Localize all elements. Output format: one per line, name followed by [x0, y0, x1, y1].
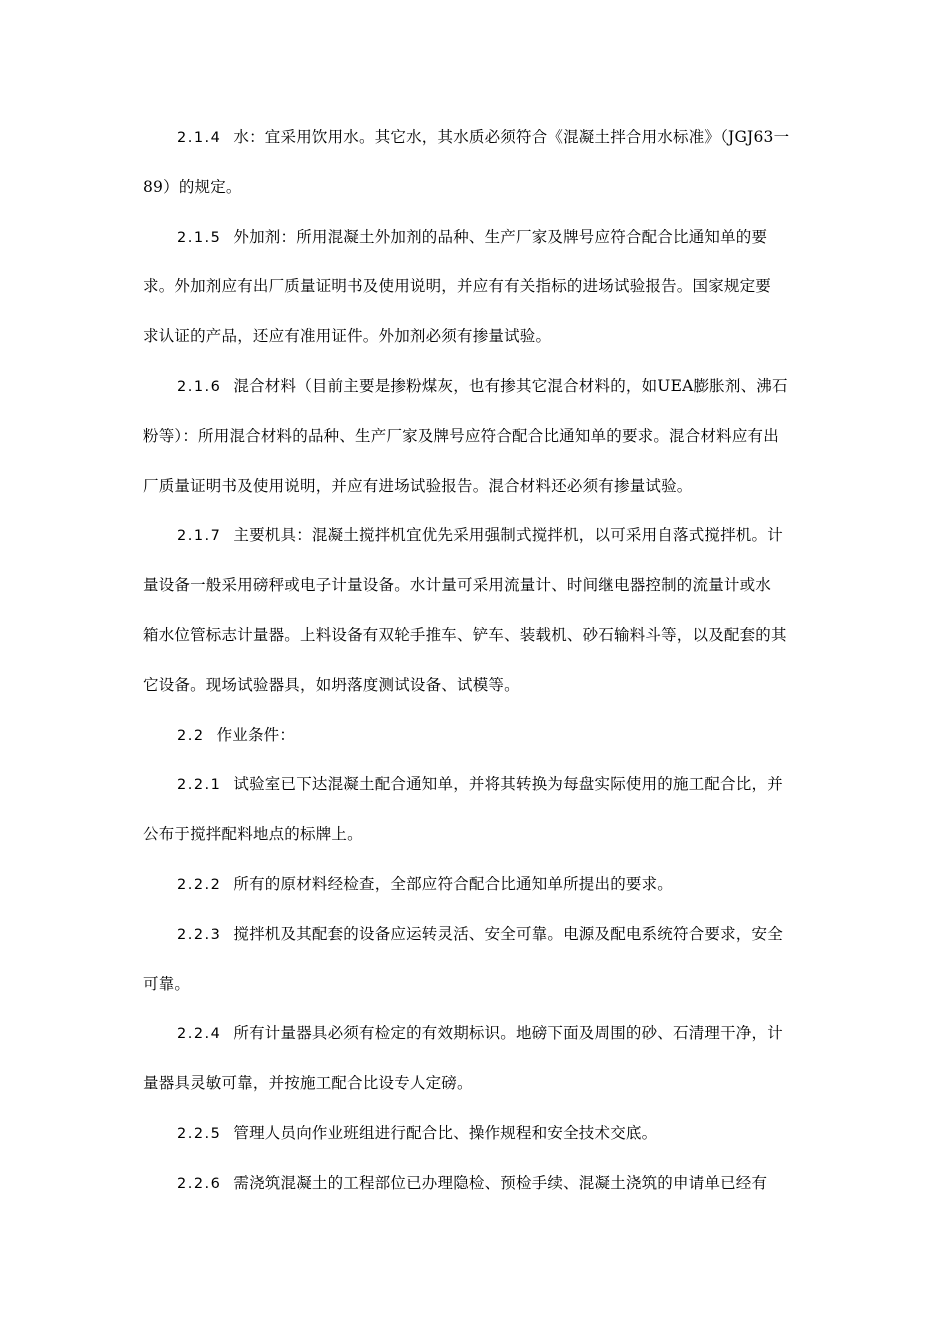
section-number: 2.2.1 — [177, 777, 221, 793]
paragraph-line: 2.2.3搅拌机及其配套的设备应运转灵活、安全可靠。电源及配电系统符合要求，安全 — [143, 921, 807, 971]
section-number: 2.1.4 — [177, 130, 221, 146]
paragraph-text: 量设备一般采用磅秤或电子计量设备。水计量可采用流量计、时间继电器控制的流量计或水 — [143, 576, 771, 594]
paragraph-2-1-5: 2.1.5外加剂：所用混凝土外加剂的品种、生产厂家及牌号应符合配合比通知单的要 … — [143, 224, 807, 373]
paragraph-text: 管理人员向作业班组进行配合比、操作规程和安全技术交底。 — [233, 1124, 657, 1142]
paragraph-text: 所有的原材料经检查，全部应符合配合比通知单所提出的要求。 — [233, 875, 673, 893]
section-title: 作业条件： — [217, 726, 296, 744]
section-number: 2.2 — [177, 728, 205, 744]
section-number: 2.2.3 — [177, 927, 221, 943]
paragraph-2-2-3: 2.2.3搅拌机及其配套的设备应运转灵活、安全可靠。电源及配电系统符合要求，安全… — [143, 921, 807, 1021]
paragraph-text: 搅拌机及其配套的设备应运转灵活、安全可靠。电源及配电系统符合要求，安全 — [233, 925, 783, 943]
paragraph-2-2-2: 2.2.2所有的原材料经检查，全部应符合配合比通知单所提出的要求。 — [143, 871, 807, 921]
paragraph-2-1-6: 2.1.6混合材料（目前主要是掺粉煤灰，也有掺其它混合材料的，如UEA膨胀剂、沸… — [143, 373, 807, 522]
paragraph-text: 所有计量器具必须有检定的有效期标识。地磅下面及周围的砂、石清理干净，计 — [233, 1024, 783, 1042]
paragraph-text: 需浇筑混凝土的工程部位已办理隐检、预检手续、混凝土浇筑的申请单已经有 — [233, 1174, 767, 1192]
paragraph-line: 量器具灵敏可靠，并按施工配合比设专人定磅。 — [143, 1070, 807, 1120]
section-number: 2.1.7 — [177, 528, 221, 544]
section-number: 2.2.5 — [177, 1126, 221, 1142]
paragraph-text: 混合材料（目前主要是掺粉煤灰，也有掺其它混合材料的，如UEA膨胀剂、沸石 — [233, 377, 787, 395]
paragraph-line: 2.2.2所有的原材料经检查，全部应符合配合比通知单所提出的要求。 — [143, 871, 807, 921]
paragraph-line: 可靠。 — [143, 971, 807, 1021]
paragraph-line: 公布于搅拌配料地点的标牌上。 — [143, 821, 807, 871]
paragraph-line: 2.2.4所有计量器具必须有检定的有效期标识。地磅下面及周围的砂、石清理干净，计 — [143, 1020, 807, 1070]
paragraph-text: 89）的规定。 — [143, 178, 242, 196]
paragraph-line: 2.2.6需浇筑混凝土的工程部位已办理隐检、预检手续、混凝土浇筑的申请单已经有 — [143, 1170, 807, 1220]
paragraph-2-1-7: 2.1.7主要机具：混凝土搅拌机宜优先采用强制式搅拌机，以可采用自落式搅拌机。计… — [143, 522, 807, 721]
section-number: 2.2.4 — [177, 1026, 221, 1042]
paragraph-text: 外加剂：所用混凝土外加剂的品种、生产厂家及牌号应符合配合比通知单的要 — [233, 228, 767, 246]
paragraph-line: 求认证的产品，还应有准用证件。外加剂必须有掺量试验。 — [143, 323, 807, 373]
paragraph-text: 箱水位管标志计量器。上料设备有双轮手推车、铲车、装载机、砂石输料斗等，以及配套的… — [143, 626, 787, 644]
paragraph-line: 它设备。现场试验器具，如坍落度测试设备、试模等。 — [143, 672, 807, 722]
paragraph-2-2-5: 2.2.5管理人员向作业班组进行配合比、操作规程和安全技术交底。 — [143, 1120, 807, 1170]
paragraph-text: 试验室已下达混凝土配合通知单，并将其转换为每盘实际使用的施工配合比，并 — [233, 775, 783, 793]
paragraph-text: 粉等）：所用混合材料的品种、生产厂家及牌号应符合配合比通知单的要求。混合材料应有… — [143, 427, 779, 445]
section-number: 2.2.6 — [177, 1176, 221, 1192]
paragraph-text: 主要机具：混凝土搅拌机宜优先采用强制式搅拌机，以可采用自落式搅拌机。计 — [233, 526, 783, 544]
document-page: 2.1.4水：宜采用饮用水。其它水，其水质必须符合《混凝土拌合用水标准》（JGJ… — [0, 0, 950, 1344]
paragraph-text: 求。外加剂应有出厂质量证明书及使用说明，并应有有关指标的进场试验报告。国家规定要 — [143, 277, 771, 295]
paragraph-line: 粉等）：所用混合材料的品种、生产厂家及牌号应符合配合比通知单的要求。混合材料应有… — [143, 423, 807, 473]
paragraph-2-2-1: 2.2.1试验室已下达混凝土配合通知单，并将其转换为每盘实际使用的施工配合比，并… — [143, 771, 807, 871]
paragraph-line: 2.1.7主要机具：混凝土搅拌机宜优先采用强制式搅拌机，以可采用自落式搅拌机。计 — [143, 522, 807, 572]
paragraph-line: 箱水位管标志计量器。上料设备有双轮手推车、铲车、装载机、砂石输料斗等，以及配套的… — [143, 622, 807, 672]
paragraph-text: 量器具灵敏可靠，并按施工配合比设专人定磅。 — [143, 1074, 473, 1092]
paragraph-text: 可靠。 — [143, 975, 190, 993]
paragraph-line: 2.1.4水：宜采用饮用水。其它水，其水质必须符合《混凝土拌合用水标准》（JGJ… — [143, 124, 807, 174]
paragraph-line: 89）的规定。 — [143, 174, 807, 224]
section-heading-2-2: 2.2作业条件： — [143, 722, 807, 772]
paragraph-text: 水：宜采用饮用水。其它水，其水质必须符合《混凝土拌合用水标准》（JGJ63一 — [233, 128, 789, 146]
section-number: 2.1.5 — [177, 230, 221, 246]
paragraph-text: 厂质量证明书及使用说明，并应有进场试验报告。混合材料还必须有掺量试验。 — [143, 477, 693, 495]
paragraph-line: 量设备一般采用磅秤或电子计量设备。水计量可采用流量计、时间继电器控制的流量计或水 — [143, 572, 807, 622]
paragraph-line: 厂质量证明书及使用说明，并应有进场试验报告。混合材料还必须有掺量试验。 — [143, 473, 807, 523]
paragraph-line: 求。外加剂应有出厂质量证明书及使用说明，并应有有关指标的进场试验报告。国家规定要 — [143, 273, 807, 323]
paragraph-line: 2.1.6混合材料（目前主要是掺粉煤灰，也有掺其它混合材料的，如UEA膨胀剂、沸… — [143, 373, 807, 423]
paragraph-line: 2.1.5外加剂：所用混凝土外加剂的品种、生产厂家及牌号应符合配合比通知单的要 — [143, 224, 807, 274]
document-body: 2.1.4水：宜采用饮用水。其它水，其水质必须符合《混凝土拌合用水标准》（JGJ… — [143, 124, 807, 1220]
paragraph-text: 公布于搅拌配料地点的标牌上。 — [143, 825, 363, 843]
paragraph-2-1-4: 2.1.4水：宜采用饮用水。其它水，其水质必须符合《混凝土拌合用水标准》（JGJ… — [143, 124, 807, 224]
paragraph-line: 2.2.5管理人员向作业班组进行配合比、操作规程和安全技术交底。 — [143, 1120, 807, 1170]
paragraph-line: 2.2.1试验室已下达混凝土配合通知单，并将其转换为每盘实际使用的施工配合比，并 — [143, 771, 807, 821]
section-number: 2.1.6 — [177, 379, 221, 395]
section-number: 2.2.2 — [177, 877, 221, 893]
paragraph-text: 求认证的产品，还应有准用证件。外加剂必须有掺量试验。 — [143, 327, 551, 345]
paragraph-text: 它设备。现场试验器具，如坍落度测试设备、试模等。 — [143, 676, 520, 694]
paragraph-2-2-4: 2.2.4所有计量器具必须有检定的有效期标识。地磅下面及周围的砂、石清理干净，计… — [143, 1020, 807, 1120]
paragraph-2-2-6: 2.2.6需浇筑混凝土的工程部位已办理隐检、预检手续、混凝土浇筑的申请单已经有 — [143, 1170, 807, 1220]
paragraph-line: 2.2作业条件： — [143, 722, 807, 772]
